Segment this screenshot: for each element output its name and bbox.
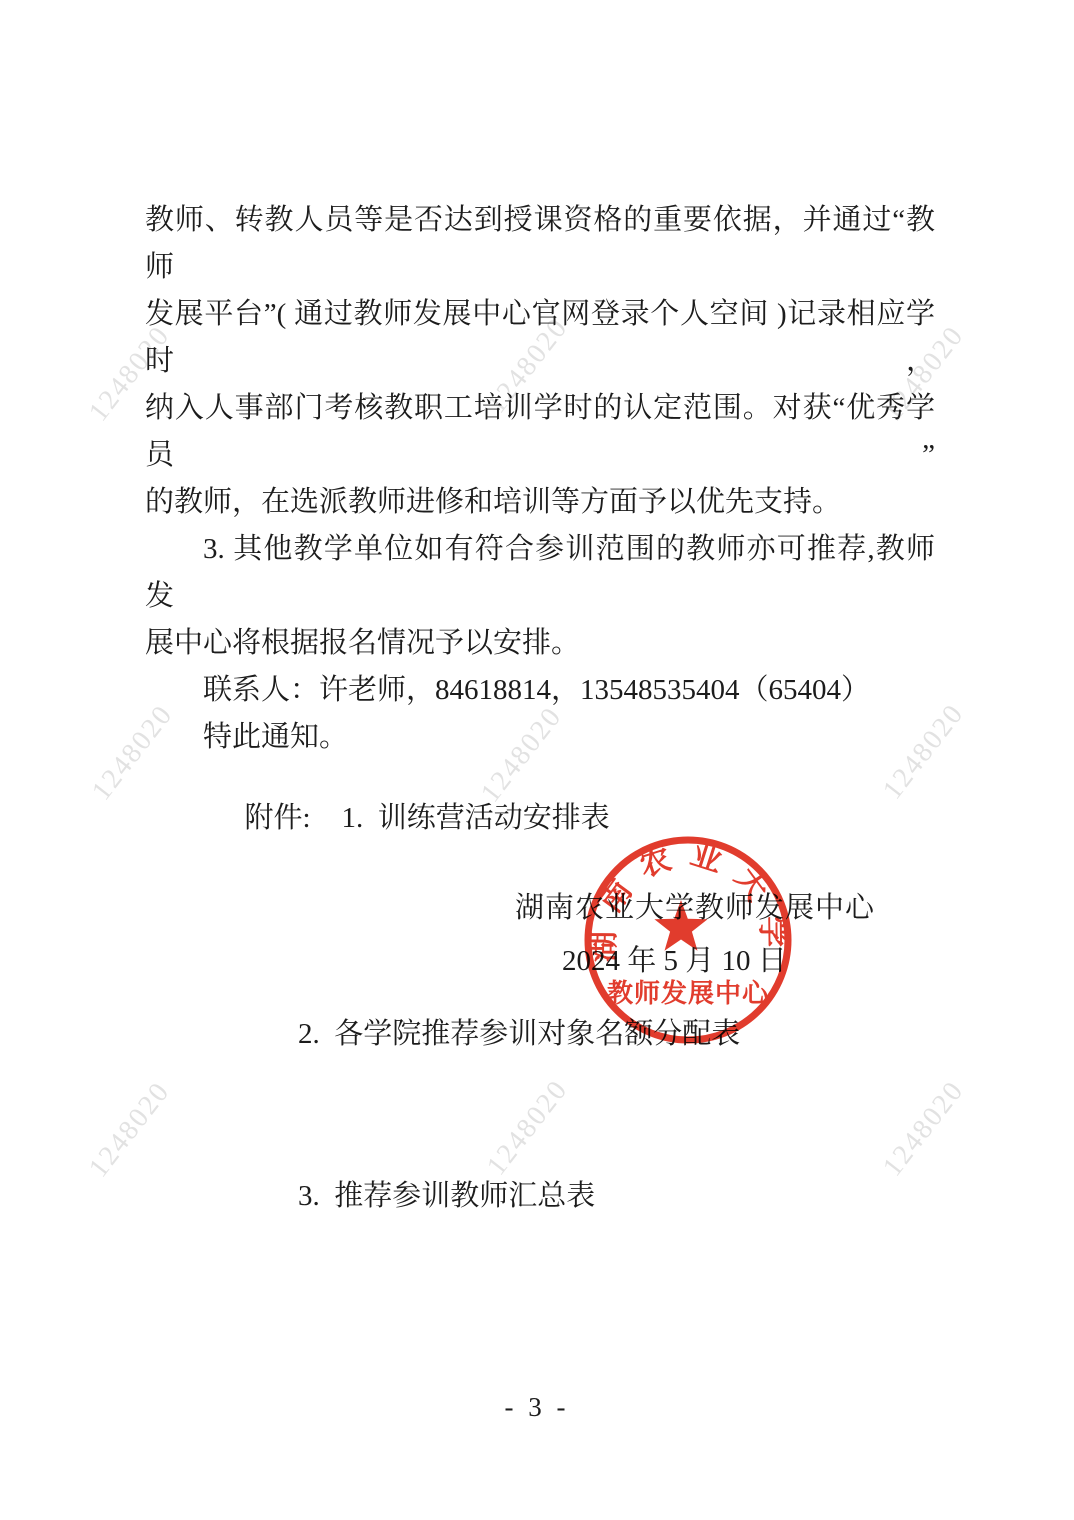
body-line: 的教师，在选派教师进修和培训等方面予以优先支持。 xyxy=(145,479,935,526)
attachment-row: 附件:1. 训练营活动安排表 xyxy=(201,737,740,899)
document-page: 1248020 1248020 1248020 1248020 1248020 … xyxy=(0,0,1074,1520)
body-line: 纳入人事部门考核教职工培训学时的认定范围。对获“优秀学员” xyxy=(145,385,935,479)
signature-organization: 湖南农业大学教师发展中心 xyxy=(515,885,875,926)
page-number: - 3 - xyxy=(0,1392,1074,1423)
body-line: 教师、转教人员等是否达到授课资格的重要依据，并通过“教师 xyxy=(145,197,935,291)
body-line-item-3: 3. 其他教学单位如有符合参训范围的教师亦可推荐,教师发 xyxy=(145,526,935,620)
attachments-label: 附件: xyxy=(245,791,342,845)
attachments-list: 附件:1. 训练营活动安排表 2. 各学院推荐参训对象名额分配表 3. 推荐参训… xyxy=(201,629,740,1331)
attachment-item-1: 1. 训练营活动安排表 xyxy=(342,802,610,834)
watermark-text: 1248020 xyxy=(877,1075,971,1183)
attachment-item-2: 2. 各学院推荐参训对象名额分配表 xyxy=(201,1007,740,1061)
signature-date: 2024 年 5 月 10 日 xyxy=(562,938,787,979)
watermark-text: 1248020 xyxy=(83,1076,177,1184)
attachment-item-3: 3. 推荐参训教师汇总表 xyxy=(201,1169,740,1223)
body-line: 发展平台”( 通过教师发展中心官网登录个人空间 )记录相应学时， xyxy=(145,291,935,385)
